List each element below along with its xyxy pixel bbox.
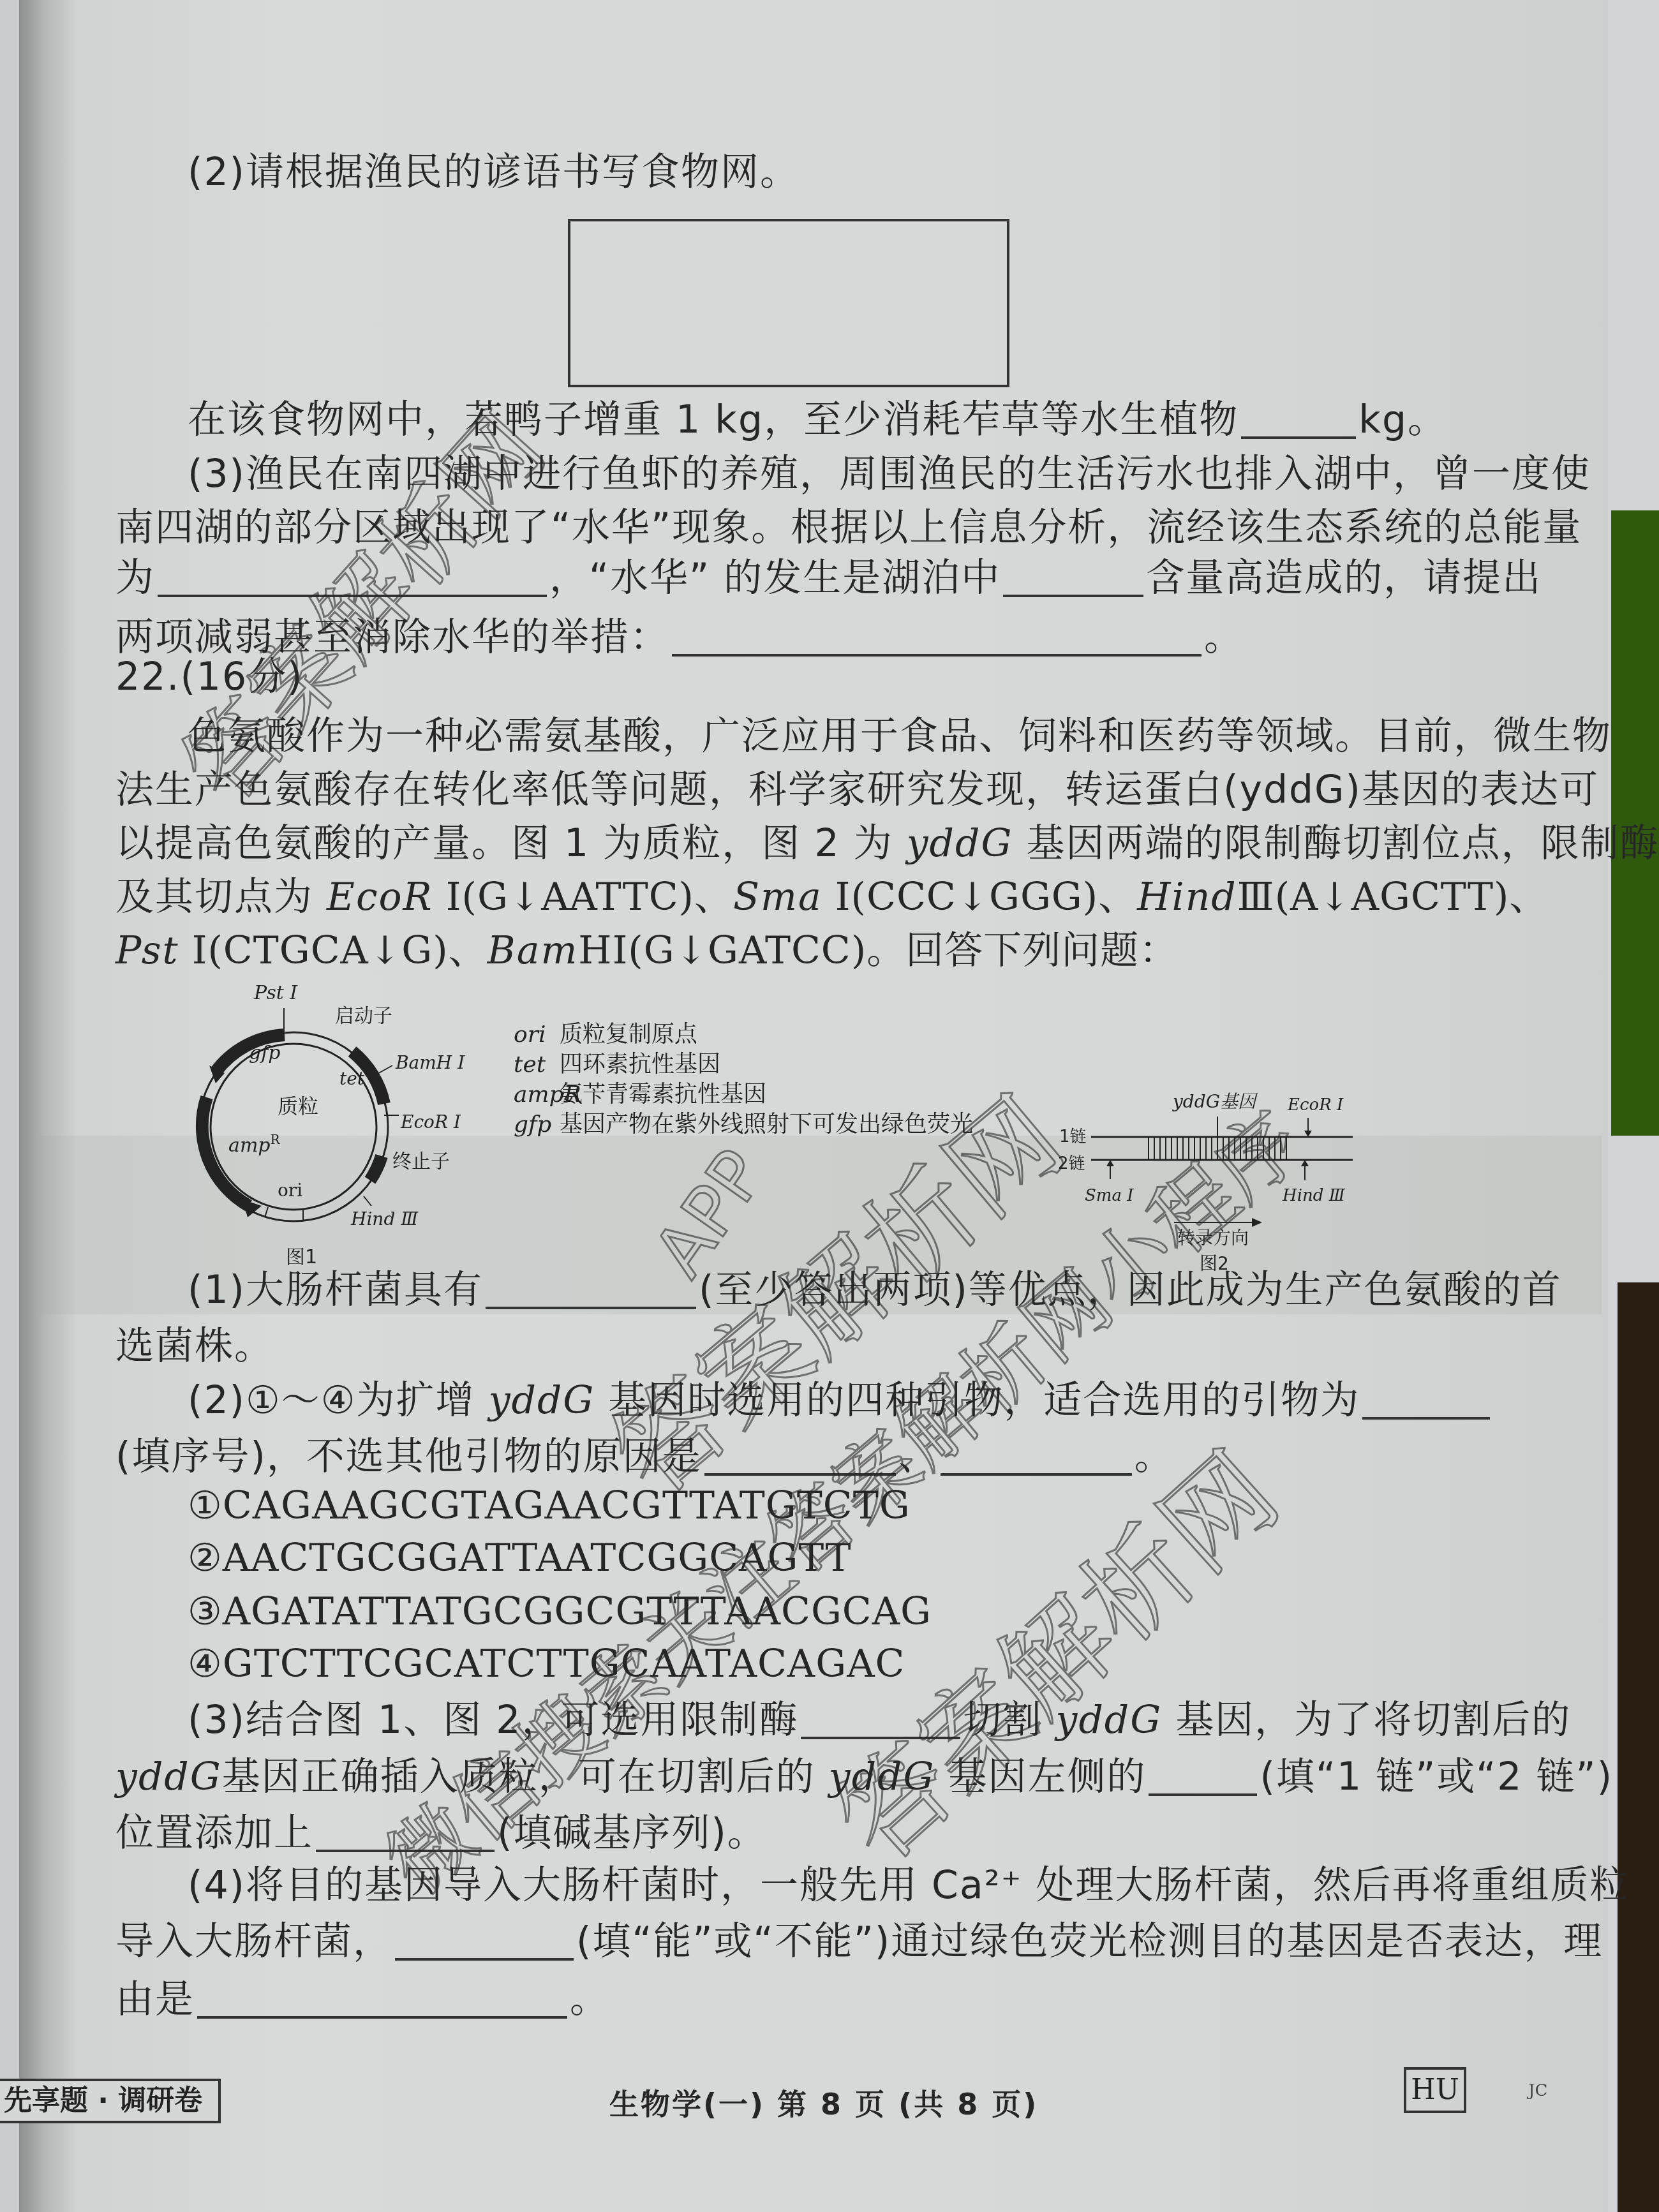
answer-blank[interactable] [486, 1271, 696, 1309]
text: 以提高色氨酸的产量。图 1 为质粒，图 2 为 [115, 821, 907, 866]
label-psti: Pst Ⅰ [253, 982, 298, 1004]
cut-site: Ⅰ(G↓AATTC)、 [433, 875, 733, 919]
text: (填“能”或“不能”)通过绿色荧光检测目的基因是否表达，理 [576, 1919, 1603, 1964]
footer-series-tag: 先享题 · 调研卷 [0, 2079, 221, 2123]
legend-key: gfp [514, 1110, 560, 1139]
legend-text: 四环素抗性基因 [560, 1051, 720, 1078]
legend-item: ori质粒复制原点 [514, 1020, 973, 1050]
label-gfp: gfp [249, 1042, 281, 1064]
text: 导入大肠杆菌， [115, 1919, 392, 1964]
text: 。 [570, 1977, 609, 2022]
answer-blank[interactable] [1241, 401, 1356, 439]
q22-intro-line1: 色氨酸作为一种必需氨基酸，广泛应用于食品、饲料和医药等领域。目前，微生物 [188, 717, 1612, 755]
text: 由是 [115, 1977, 195, 2022]
q22-intro-line5: Pst Ⅰ(CTGCA↓G)、BamHⅠ(G↓GATCC)。回答下列问题： [115, 932, 1178, 970]
text: ，“水华” 的发生是湖泊中 [549, 556, 1001, 600]
q21-sub2-prompt: (2)请根据渔民的谚语书写食物网。 [188, 153, 800, 191]
legend-text: 质粒复制原点 [560, 1021, 697, 1048]
q22-sub4-line2: 导入大肠杆菌，(填“能”或“不能”)通过绿色荧光检测目的基因是否表达，理 [115, 1922, 1603, 1961]
enzyme-name: EcoR [327, 875, 433, 919]
text: (填“1 链”或“2 链”) [1260, 1755, 1613, 1799]
answer-blank[interactable] [1362, 1381, 1490, 1420]
label-hindiii: Hind Ⅲ [350, 1208, 419, 1229]
q22-intro-line2: 法生产色氨酸存在转化率低等问题，科学家研究发现，转运蛋白(yddG)基因的表达可 [115, 771, 1599, 809]
label-terminator: 终止子 [392, 1150, 450, 1173]
q22-intro-line3: 以提高色氨酸的产量。图 1 为质粒，图 2 为 yddG 基因两端的限制酶切割位… [115, 824, 1659, 863]
footer-page-number: 生物学(一) 第 8 页 (共 8 页) [609, 2081, 1038, 2123]
q22-intro-line4: 及其切点为 EcoR Ⅰ(G↓AATTC)、Sma Ⅰ(CCC↓GGG)、Hin… [115, 878, 1548, 916]
text: kg。 [1358, 397, 1447, 442]
food-web-answer-box[interactable] [568, 219, 1009, 387]
figure1-caption: 图1 [286, 1246, 317, 1268]
text: (1)大肠杆菌具有 [188, 1268, 483, 1312]
desk-edge [1618, 1282, 1659, 2212]
q22-sub4-line3: 由是。 [115, 1980, 609, 2019]
answer-blank[interactable] [672, 618, 1201, 657]
text: 在该食物网中，若鸭子增重 1 kg，至少消耗苲草等水生植物 [188, 397, 1239, 442]
figure1-plasmid-diagram: Pst Ⅰ 启动子 gfp BamH Ⅰ tet 质粒 EcoR Ⅰ ampR … [179, 976, 536, 1276]
label-bamhi: BamH Ⅰ [395, 1052, 465, 1073]
text: 。 [1204, 615, 1244, 660]
enzyme-name: Hind [1137, 875, 1237, 919]
cut-site: HⅠ(G↓GATCC)。回答下列问题： [578, 928, 1178, 973]
text: 位置添加上 [115, 1811, 313, 1855]
answer-blank[interactable] [197, 1980, 567, 2019]
gene-name: yddG [907, 821, 1013, 866]
label-promoter: 启动子 [335, 1005, 392, 1027]
legend-item: tet四环素抗性基因 [514, 1050, 973, 1080]
label-ori: ori [278, 1180, 302, 1201]
text: 及其切点为 [115, 875, 327, 919]
answer-blank[interactable] [395, 1922, 574, 1961]
text: 基因，为了将切割后的 [1162, 1698, 1571, 1742]
cut-site: Ⅲ(A↓AGCTT)、 [1237, 875, 1549, 919]
footer-region-code: HU [1404, 2067, 1466, 2113]
footer-small-code: JC [1528, 2081, 1547, 2100]
text: 基因两端的限制酶切割位点，限制酶 [1013, 821, 1659, 866]
q22-sub2: (2)①～④为扩增 yddG 基因时选用的四种引物，适合选用的引物为 [188, 1381, 1492, 1420]
primer-3: ③AGATATTATGCGGCGTTTAACGCAG [188, 1592, 932, 1631]
q22-sub1-cont: 选菌株。 [115, 1327, 274, 1365]
label-ampR: ampR [228, 1132, 281, 1157]
legend-text: 氨苄青霉素抗性基因 [560, 1081, 766, 1108]
cut-site: Ⅰ(CCC↓GGG)、 [822, 875, 1137, 919]
legend-key: ampR [514, 1080, 560, 1110]
label-tet: tet [339, 1068, 365, 1089]
enzyme-name: Pst [115, 928, 179, 973]
cut-site: Ⅰ(CTGCA↓G)、 [179, 928, 487, 973]
figure1-legend: ori质粒复制原点 tet四环素抗性基因 ampR氨苄青霉素抗性基因 gfp基因… [514, 1020, 973, 1139]
q21-sub2-question: 在该食物网中，若鸭子增重 1 kg，至少消耗苲草等水生植物kg。 [188, 401, 1447, 439]
label-ecori: EcoR Ⅰ [400, 1111, 461, 1132]
label-ecori: EcoR Ⅰ [1287, 1095, 1344, 1115]
text: 含量高造成的，请提出 [1146, 556, 1542, 600]
gene-name: yddG [115, 1755, 222, 1799]
label-plasmid: 质粒 [278, 1094, 318, 1118]
answer-blank[interactable] [1003, 559, 1143, 597]
legend-key: tet [514, 1050, 560, 1080]
legend-item: ampR氨苄青霉素抗性基因 [514, 1080, 973, 1110]
answer-blank[interactable] [1149, 1758, 1257, 1796]
enzyme-name: Bam [487, 928, 579, 973]
legend-key: ori [514, 1020, 560, 1050]
text: (2)①～④为扩增 [188, 1378, 489, 1423]
enzyme-name: Sma [733, 875, 822, 919]
text: 为 [115, 556, 155, 600]
